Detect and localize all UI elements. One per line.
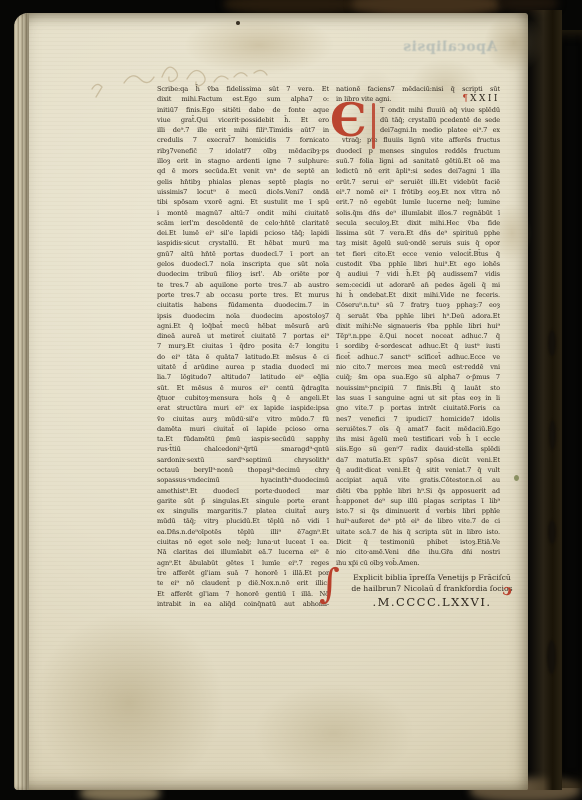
text-line: ribȝ7venefic̄ 7 idolatr̄7 oībȝ mēdacibȝ·…: [157, 146, 329, 156]
text-line: sardonix·sextū sard⁹·septimū chrysolith⁹: [157, 455, 329, 465]
text-line: gnū7 altū hn̄tē portas duodecī.7 ī port …: [157, 249, 329, 259]
text-line: erat structūra muri ei⁹ ex lapide iaspid…: [157, 403, 329, 413]
text-column-right: nationē faciens7 mēdaciū:nisi q̄ scripti…: [336, 84, 500, 568]
text-line: ledictū nō erit āpli⁹:si sedes dei7agni …: [336, 166, 500, 176]
text-line: mūdū tāq̄; vitrȝ plucidū.Et tēplū nō vid…: [157, 516, 329, 526]
text-line: gno vite.7 p portas intrēt ciuitatē.Fori…: [336, 403, 500, 413]
text-line: erit.7 nō egebūt lumīe lucerne neq̄; lum…: [336, 197, 500, 207]
text-line: initiū7 finis.Ego sitiēti dabo de fonte …: [157, 105, 329, 115]
text-line: illoȝ erit in stagno ardenti igne 7 sulp…: [157, 156, 329, 166]
text-line: do ei⁹ tāta ē quāta7 latitudo.Et mēsus ē…: [157, 352, 329, 362]
book-page: Apocalipsis Scribe:qa h̄ v̄ba fidelissim…: [14, 13, 528, 790]
text-line: v̄o ciuitas aurȝ mūdū·sil'e vitro mūdo.7…: [157, 414, 329, 424]
colophon: Explicit biblia īpreſſa Venetijs p Frāci…: [336, 572, 528, 609]
text-line: uitatē d̄ arūdine aurea p stadia duodecī…: [157, 362, 329, 372]
colophon-line: de hailbrun7 Nicolaū d̄ frankfordia ſoci…: [336, 583, 528, 594]
text-line: 7 murȝ.Et ciuitas ī q̄dro posita ē:7 lon…: [157, 341, 329, 351]
page-fore-edge: [14, 13, 29, 790]
chapter-number: XXII: [470, 94, 500, 104]
text-line: gelis hn̄tibȝ phialas plenas septē plagi…: [157, 177, 329, 187]
text-line: uissimis7 locut⁹ ē mecū dicēs.Veni7 ondā: [157, 187, 329, 197]
text-line: lissima sūt 7 vera.Et dn̄s de⁹ spirituū …: [336, 228, 500, 238]
text-line: gelos duodecī.7 noīa inscripta que sūt n…: [157, 259, 329, 269]
text-line: dixit mihi.Factum est.Ego sum alpha7 o:: [157, 94, 329, 104]
text-line: q̄ audit·dicat veni.Et q̄ sitit veniat.7…: [336, 465, 500, 475]
text-line: te tres.7 ab aquilone porte tres.7 ab au…: [157, 280, 329, 290]
text-line: dixit mihi:Ne signaueris v̄ba pphīe libr…: [336, 321, 500, 331]
text-line: sūt. Et mēsus ē muros ei⁹ centū q̄dragīt…: [157, 383, 329, 393]
text-line: dei.Et lumē ei⁹ sil'e lapidi pcioso tāq̄…: [157, 228, 329, 238]
text-line: hi h̄ ondebat.Et dixit mihi.Vide ne fece…: [336, 290, 500, 300]
text-line: ipsis duodecim noīa duodecim apostoloȝ7: [157, 311, 329, 321]
text-line: Et afferēt gl'iam 7 honorē gentiū ī illā…: [157, 589, 329, 599]
text-line: uitate scā.7 de his q̄ scripta sūt in li…: [336, 527, 500, 537]
text-line: nio cito.7 merces mea mecū est·reddē vni: [336, 362, 500, 372]
text-line: q̄ audiui 7 vidi h̄.Et p̄q̄ audissem7 vi…: [336, 269, 500, 279]
text-line: porte tres.7 ab occasu porte tres. Et mu…: [157, 290, 329, 300]
text-line: diēti v̄ba pphīe libri h⁹.Si q̄s apposue…: [336, 486, 500, 496]
text-line: ea.Dn̄s.n.de⁹oīpotēs tēplū illi⁹ ē7agn⁹.…: [157, 527, 329, 537]
text-line: isto.7 si q̄s diminuerit d̄ verbis libri…: [336, 506, 500, 516]
text-line: nouissim⁹·pncipiū 7 finis.Bt̄i q̄ lauāt …: [336, 383, 500, 393]
text-line: accipiat aquā vite gratis.Cōtestor.n.oī …: [336, 475, 500, 485]
ink-speck: [236, 21, 240, 25]
show-through-header: Apocalipsis: [385, 39, 515, 55]
text-line: ī sordibȝ ē·sordescat adhuc.Et q̄ iust⁹ …: [336, 341, 500, 351]
text-line: credulis 7 execrat̄7 homicidis 7 fornica…: [157, 135, 329, 145]
text-line: Scribe:qa h̄ v̄ba fidelissima sūt 7 vera…: [157, 84, 329, 94]
text-line: secula seculoȝ.Et dixit mihi.Hec v̄ba fi…: [336, 218, 500, 228]
text-line: i montē magnū7 altū:7 ondit mihi ciuitat…: [157, 208, 329, 218]
text-line: agni.Et q̄ loq̄bat̄ mecū hēbat mēsurā ar…: [157, 321, 329, 331]
gutter-shadow-blob: [548, 330, 556, 356]
text-line: suū.7 folia ligni ad sanitatē gētiū.Et o…: [336, 156, 500, 166]
gutter-shadow: [528, 10, 562, 790]
text-line: tet fieri cito.Et ecce venio velocit̄.Bt…: [336, 249, 500, 259]
text-line: q̄tuor cubitoȝ·mensura hoīs q̄ ē angeli.…: [157, 393, 329, 403]
text-line: da7 matutīa.Et spūs7 spōsa dicūt veni.Et: [336, 455, 500, 465]
drop-cap-initial-E: Є: [330, 97, 378, 147]
right-main-lines: vtraq̄; pte fluuiis lignū vite afferēs f…: [336, 135, 500, 567]
background-shelf-object: [224, 0, 364, 14]
drop-cap-flourish: [372, 103, 375, 149]
text-line: erūt.7 serui ei⁹ seruiēt illi.Et videbūt…: [336, 177, 500, 187]
text-line: tibi spōsam vxorē agni. Et sustulit me ī…: [157, 197, 329, 207]
text-line: duodecim tribuū filioȝ isrl'. Ab oriēte …: [157, 269, 329, 279]
text-line: te ei⁹ nō claudent̄ p diē.Nox.n.nō erit …: [157, 578, 329, 588]
text-line: taȝ misit āgelū suū·ondē seruis suis q̄ …: [336, 238, 500, 248]
text-line: ta.Et fūdamētū p̄mū iaspis·secūdū sapphy: [157, 434, 329, 444]
facing-page-edge: [561, 30, 582, 788]
text-line: illi de⁹.7 ille erit mihi fili⁹.Timidis …: [157, 125, 329, 135]
text-line: Cōseru⁹.n.tu⁹ sū 7 fratrȝ tuoȝ pphaȝ:7 e…: [336, 300, 500, 310]
text-column-left: Scribe:qa h̄ v̄ba fidelissima sūt 7 vera…: [157, 84, 329, 609]
text-line: cuiq̄; s̄m opa sua.Ego sū alpha7 o·p̄mus…: [336, 372, 500, 382]
colophon-date: .M.CCCC.LXXVI.: [336, 595, 528, 609]
text-line: custodit v̄ba pphīe libri hui⁹.Et ego io…: [336, 259, 500, 269]
gutter-shadow-blob: [549, 420, 556, 450]
text-line: viue grat̄.Qui vicerit·possidebit h̄. Et…: [157, 115, 329, 125]
text-line: ihu xp̄i cū oībȝ vob̄.Amen.: [336, 558, 500, 568]
text-line: nio cito·amē.Veni dn̄e ihu.Gr̄a dn̄i nos…: [336, 547, 500, 557]
text-line: nes7 venefici 7 ipudici7 homicide7 idoli…: [336, 414, 500, 424]
text-line: seruiētes.7 oīs q̄ amat7 facit mēdaciū.E…: [336, 424, 500, 434]
text-line: las suas ī sanguine agni ut sit pt̄as eo…: [336, 393, 500, 403]
text-line: Dicit q̄ testimoniū phibet istoȝ.Etiā.Ve: [336, 537, 500, 547]
text-line: octauū beryll⁹·nonū thopaȝi⁹·decimū chry: [157, 465, 329, 475]
gutter-shadow-blob: [548, 520, 556, 544]
text-line: Tēp⁹.n.ppe ē.Qui nocet noceat adhuc.7 q̄: [336, 331, 500, 341]
text-line: rus·t̄tiū chalcedoni⁹·q̄rtū smaragd⁹·qnt…: [157, 444, 329, 454]
text-line: ficet̄ adhuc.7 sanct⁹ scīficet̄ adhuc.Ec…: [336, 352, 500, 362]
stain: [254, 683, 414, 783]
text-line: iaspidis·sicut crystallū. Et hēbat murū …: [157, 238, 329, 248]
stain: [34, 613, 224, 793]
text-line: ihs misi āgelū meū testificari vob̄ h̄ ī…: [336, 434, 500, 444]
text-line: scām ierl'm descēdentē de celo·hn̄tē cla…: [157, 218, 329, 228]
gutter-shadow-blob: [547, 640, 556, 674]
photograph-of-incunabulum: { "colors": { "rubric_red": "#b8402c", "…: [0, 0, 582, 800]
text-line: ciuitatis habens fūdamenta duodecim.7 in: [157, 300, 329, 310]
text-line: solis.q̄m dn̄s de⁹ illumīabit illos.7 re…: [336, 208, 500, 218]
text-line: ciuitas nō eget sole neq̄; luna·ut lucea…: [157, 537, 329, 547]
text-line: agn⁹.Et ābulabūt gētes ī lumīe ei⁹.7 reg…: [157, 558, 329, 568]
text-line: t̄re afferēt gl'iam suā 7 honorē ī illā.…: [157, 568, 329, 578]
text-line: ex singulis margaritis.7 platea ciuitat̄…: [157, 506, 329, 516]
text-line: damēta muri ciuitat̄ oī lapide pcioso or…: [157, 424, 329, 434]
text-line: hui⁹·auferet de⁹ ptē ei⁹ de libro vite.7…: [336, 516, 500, 526]
text-line: q̄ seruāt v̄ba pphīe libri h⁹.Deū adora.…: [336, 311, 500, 321]
colophon-line: Explicit biblia īpreſſa Venetijs p Frāci…: [336, 572, 528, 583]
text-line: dineā aureā ut metiret̄ ciuitatē 7 porta…: [157, 331, 329, 341]
pilcrow-icon: ¶: [462, 94, 468, 104]
ink-speck: [514, 475, 519, 481]
text-line: garite sūt p̄ singulas.Et singule porte …: [157, 496, 329, 506]
text-line: lia.7 lōgitudo7 altitudo7 latitudo ei⁹ e…: [157, 372, 329, 382]
text-line: h̄:apponet de⁹ sup illū plagas scriptas …: [336, 496, 500, 506]
text-line: intrabit in ea aliq̄d coinq̄natū aut abh…: [157, 599, 329, 609]
text-line: amethist⁹.Et duodecī porte·duodecī mar: [157, 486, 329, 496]
text-line: sem:cecidi ut adorarē an̄ pedes āgeli q̄…: [336, 280, 500, 290]
text-line: Nā claritas dei illumīabit eā.7 lucerna …: [157, 547, 329, 557]
text-line: duodecī p menses singulos reddēs fructum: [336, 146, 500, 156]
text-line: sopassus·vndecimū hyacinth⁹·duodecimū: [157, 475, 329, 485]
text-line: qd ē mors secūda.Et venit vn⁹ de septē a…: [157, 166, 329, 176]
text-line: ei⁹.7 nomē ei⁹ ī frōtibȝ eoȝ.Et nox vltr…: [336, 187, 500, 197]
text-line: siis.Ego sū gen⁹7 radix dauid·stella spl…: [336, 444, 500, 454]
